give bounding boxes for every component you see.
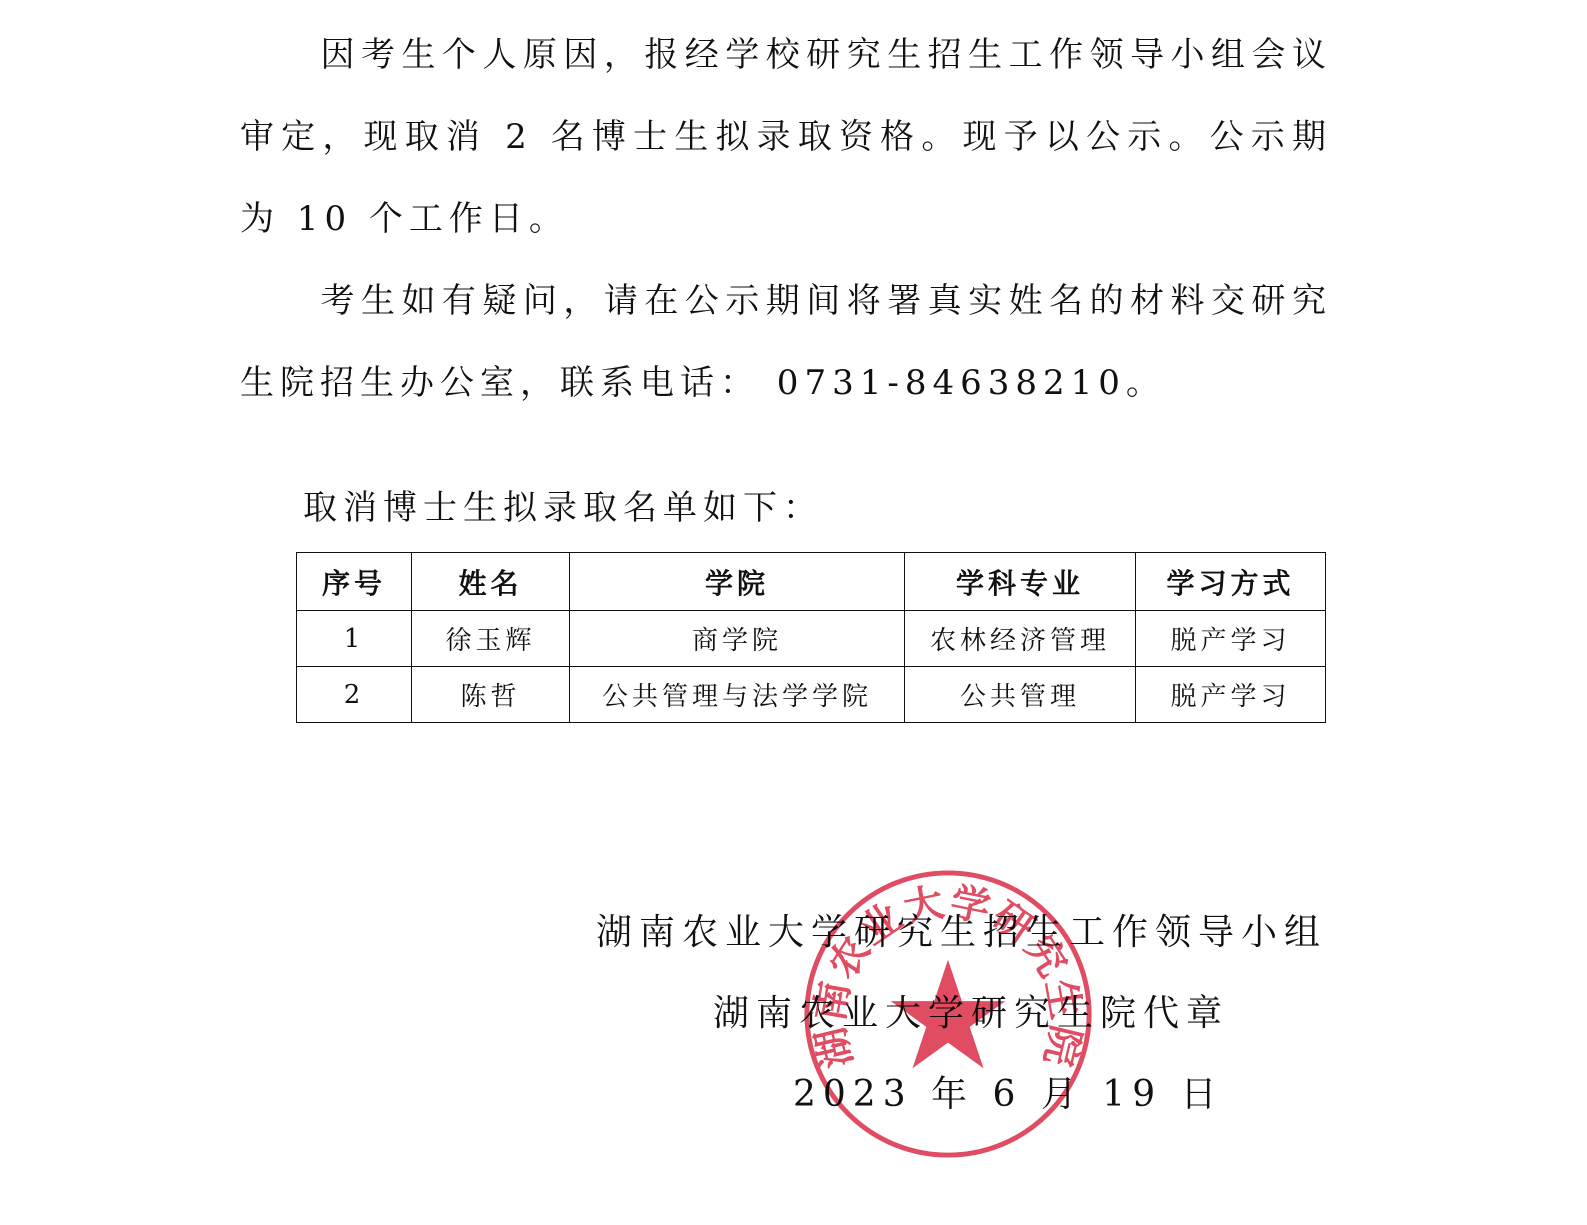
header-serial: 序号 (297, 553, 412, 611)
table-row: 1 徐玉辉 商学院 农林经济管理 脱产学习 (297, 611, 1326, 667)
notice-paragraph-2: 考生如有疑问，请在公示期间将署真实姓名的材料交研究生院招生办公室，联系电话： 0… (240, 260, 1332, 424)
cell-study-mode: 脱产学习 (1136, 611, 1326, 667)
cell-serial: 1 (297, 611, 412, 667)
header-college: 学院 (570, 553, 905, 611)
header-major: 学科专业 (905, 553, 1136, 611)
cell-major: 农林经济管理 (905, 611, 1136, 667)
header-name: 姓名 (412, 553, 570, 611)
star-icon (891, 960, 1005, 1069)
table-row: 2 陈哲 公共管理与法学学院 公共管理 脱产学习 (297, 667, 1326, 723)
cell-serial: 2 (297, 667, 412, 723)
cell-study-mode: 脱产学习 (1136, 667, 1326, 723)
cell-college: 商学院 (570, 611, 905, 667)
cancelled-admission-table: 序号 姓名 学院 学科专业 学习方式 1 徐玉辉 商学院 农林经济管理 脱产学习… (296, 552, 1326, 723)
cell-name: 徐玉辉 (412, 611, 570, 667)
notice-paragraph-1: 因考生个人原因，报经学校研究生招生工作领导小组会议审定，现取消 2 名博士生拟录… (240, 14, 1332, 260)
cell-name: 陈哲 (412, 667, 570, 723)
official-seal-stamp: 湖南农业大学研究生院 (800, 866, 1096, 1162)
cell-major: 公共管理 (905, 667, 1136, 723)
cell-college: 公共管理与法学学院 (570, 667, 905, 723)
header-study-mode: 学习方式 (1136, 553, 1326, 611)
list-heading: 取消博士生拟录取名单如下： (303, 480, 823, 529)
notice-paragraph-2-text: 考生如有疑问，请在公示期间将署真实姓名的材料交研究生院招生办公室，联系电话： 0… (240, 281, 1332, 403)
table-header-row: 序号 姓名 学院 学科专业 学习方式 (297, 553, 1326, 611)
notice-paragraph-1-text: 因考生个人原因，报经学校研究生招生工作领导小组会议审定，现取消 2 名博士生拟录… (240, 35, 1332, 239)
